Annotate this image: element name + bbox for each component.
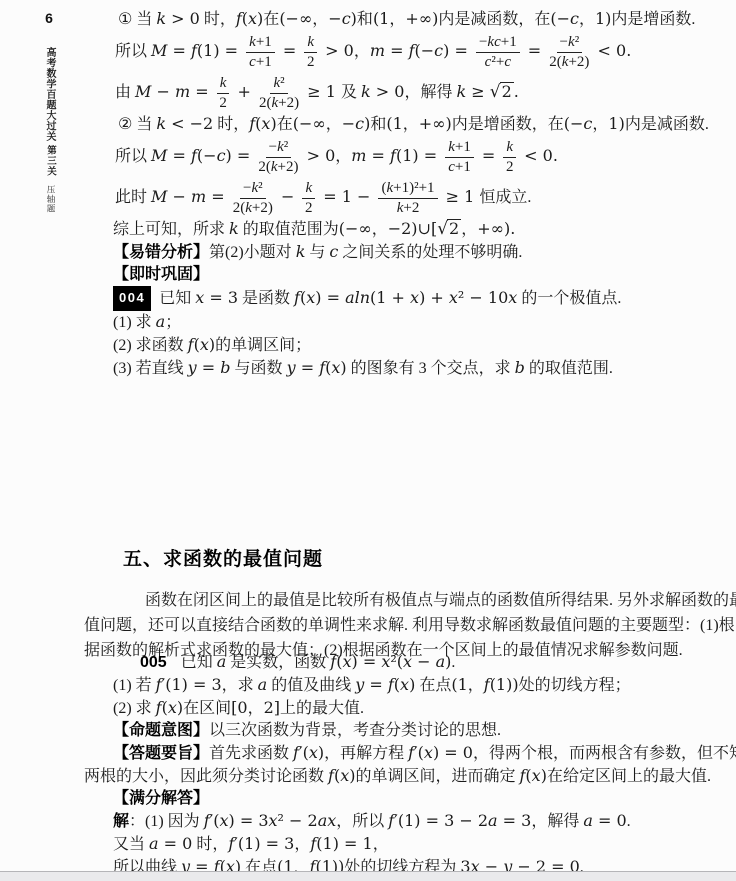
text-run: 及 [341,84,361,101]
math-expression: f(x) [519,766,546,785]
bold-label: 005 [140,654,167,671]
math-expression: f′(1) = 3 [156,675,222,694]
radicand: 2 [447,219,461,238]
text-run: ② 当 [118,116,156,133]
fraction: k²2(k+2) [259,75,299,113]
fraction-numerator: k² [270,75,287,94]
bold-label: 【命题意图】 [113,722,209,739]
math-expression: y = f(x) [355,675,415,694]
text-run: 上的最大值. [280,700,364,717]
fraction: k+1c+1 [445,139,474,177]
text-run: . [451,654,455,671]
math-expression: k [296,242,306,261]
math-expression: f′(x) = 3x² − 2ax [204,811,337,830]
math-expression: k [229,219,239,238]
math-expression: > 0 [320,41,354,60]
book-page-scan: 6 高考数学百题大过关 第三关 压轴题 ① 当 k > 0 时，f(x)在(−∞… [0,0,736,881]
text-line: 【答题要旨】首先求函数 f′(x)，再解方程 f′(x) = 0，得两个根，而两… [113,742,732,765]
math-expression: f(x) [188,335,215,354]
text-line: 又当 a = 0 时，f′(1) = 3，f(1) = 1， [113,833,732,856]
math-expression: = [278,41,302,60]
text-run: 函数在闭区间上的最值是比较所有极值点与端点的函数值所得结果. 另外求解函数的最 [145,592,736,609]
math-expression: f′(x) [293,743,324,762]
text-run: (1) 求 [113,314,156,331]
math-expression: a = 0 [583,811,626,830]
fraction: k+1c+1 [246,34,275,72]
fraction-denominator: c²+c [485,53,511,71]
fraction: k2 [503,139,516,177]
bold-label: 【答题要旨】 [113,745,209,762]
problem-005-block: 005已知 a 是实数，函数 f(x) = x²(x − a).(1) 若 f′… [84,651,732,879]
math-expression: [0，2] [231,698,280,717]
math-expression: x = 3 [195,288,238,307]
text-run: 所以 [115,148,151,165]
math-expression: f′(1) = 3 − 2a = 3 [388,811,531,830]
text-run: 由 [115,84,135,101]
text-line: 【命题意图】以三次函数为背景，考查分类讨论的思想. [113,720,732,742]
text-run: 以三次函数为背景，考查分类讨论的思想. [209,722,501,739]
math-expression: (1，+∞) [386,114,451,133]
fraction: k2 [217,75,230,113]
math-expression: b [515,358,525,377]
text-line: 【满分解答】 [113,788,732,810]
math-expression: . [514,82,519,101]
text-run: ， [294,836,310,853]
fraction-numerator: k+1 [246,34,275,53]
text-line: ② 当 k < −2 时，f(x)在(−∞，−c)和(1，+∞)内是增函数，在(… [118,113,709,136]
fraction-denominator: c+1 [448,158,471,176]
bold-label: 【易错分析】 [113,244,209,261]
text-line: 所以 M = f(1) = k+1c+1 = k2 > 0，m = f(−c) … [115,31,709,72]
math-expression: (1，+∞) [373,9,438,28]
math-expression: a [258,675,268,694]
text-run: 内是增函数. [611,11,695,28]
math-expression: a [217,652,227,671]
math-expression: m = f(−c) = [370,41,473,60]
math-expression: (−∞，−c) [293,114,371,133]
fraction-numerator: k [302,180,315,199]
book-title-vertical: 高考数学百题大过关 [41,47,57,142]
fraction-numerator: k [503,139,516,158]
sqrt-expression: √2 [437,218,461,240]
fraction-numerator: k [217,75,230,94]
text-run: 处的切线方程； [519,677,631,694]
text-run: 在 [263,11,279,28]
text-run: 两根的大小，因此须分类讨论函数 [84,768,328,785]
fraction-numerator: −kc+1 [476,34,520,53]
text-run: 内是减函数，在 [438,11,550,28]
text-line: 解：(1) 因为 f′(x) = 3x² − 2ax，所以 f′(1) = 3 … [113,810,732,833]
math-expression: f′(1) = 3 [228,834,294,853]
text-run: 在给定区间上的最大值. [547,768,711,785]
fraction-denominator: 2(k+2) [233,199,273,217]
fraction-denominator: 2 [305,199,313,217]
bold-label: 【满分解答】 [113,790,209,807]
math-expression: (1，f(1)) [451,675,518,694]
text-run: ， [354,43,370,60]
math-expression: M − m = [135,82,214,101]
text-run: 和 [370,116,386,133]
math-expression: (−∞，−2)∪[ [339,219,437,238]
math-expression: M = f(−c) = [151,146,255,165]
text-line: 由 M − m = k2 + k²2(k+2) ≥ 1 及 k > 0，解得 k… [115,72,709,113]
text-run: ，得两个根，而两根含有参数，但不知 [473,745,736,762]
text-run: 时， [213,116,249,133]
math-expression: f(x) [328,766,355,785]
text-run: 综上可知，所求 [113,221,229,238]
fraction-denominator: c+1 [249,53,272,71]
text-run: 的单调区间； [215,337,311,354]
text-run: 值问题，还可以直接结合函数的单调性来求解. 利用导数求解函数最值问题的主要题型：… [84,617,735,634]
text-run: 是函数 [238,290,294,307]
fraction-numerator: −k² [240,180,266,199]
math-expression: − [276,187,300,206]
text-run: . [627,813,631,830]
text-run: 与 [305,244,329,261]
fraction: k2 [302,180,315,218]
text-line: 综上可知，所求 k 的取值范围为(−∞，−2)∪[√2，+∞). [113,218,709,241]
math-expression: f(x) [236,9,263,28]
text-run: ① 当 [118,11,156,28]
text-run: 是实数，函数 [226,654,330,671]
text-run: 已知 [159,290,195,307]
text-line: 所以 M = f(−c) = −k²2(k+2) > 0，m = f(1) = … [115,136,709,177]
text-run: 和 [357,11,373,28]
math-expression: = 1 − [318,187,375,206]
text-line: 值问题，还可以直接结合函数的单调性来求解. 利用导数求解函数最值问题的主要题型：… [84,613,732,638]
math-expression: + [232,82,256,101]
fraction-numerator: −k² [557,34,583,53]
text-line: (1) 若 f′(1) = 3，求 a 的值及曲线 y = f(x) 在点(1，… [113,674,732,697]
text-run: 与函数 [231,360,287,377]
math-expression: y = f(x) [287,358,347,377]
section-heading-text: 五、求函数的最值问题 [123,549,323,570]
math-expression: y = b [188,358,231,377]
fraction-numerator: k+1 [445,139,474,158]
math-expression: f(x) [249,114,276,133]
math-expression: (−∞，−c) [279,9,357,28]
text-run: (1) 若 [113,677,156,694]
fraction: (k+1)²+1k+2 [378,180,437,218]
math-expression: f(1) = 1 [310,834,372,853]
math-expression: > 0 [302,146,336,165]
page-bottom-edge [0,871,736,881]
fraction-denominator: 2 [506,158,514,176]
math-expression: f(x) = aln(1 + x) + x² − 10x [294,288,517,307]
radicand: 2 [500,82,514,101]
fraction-denominator: 2(k+2) [549,53,589,71]
text-run: (3) 若直线 [113,360,188,377]
math-expression: m = f(1) = [351,146,442,165]
math-expression: f′(x) = 0 [408,743,473,762]
text-run: ， [373,836,389,853]
math-expression: ≥ 1 [441,187,480,206]
text-line: 005已知 a 是实数，函数 f(x) = x²(x − a). [140,651,732,674]
fraction: −k²2(k+2) [258,139,298,177]
text-line: (1) 求 a； [113,311,709,334]
text-run: (2) 求 [113,700,156,717]
text-run: 的一个极值点. [517,290,621,307]
fraction: −k²2(k+2) [233,180,273,218]
math-expression: < 0. [592,41,631,60]
section-heading: 五、求函数的最值问题 [123,544,323,571]
text-run: 内是减函数. [625,116,709,133]
text-run: ：(1) 因为 [129,813,204,830]
problem-number-badge: 004 [113,286,151,311]
text-line: (2) 求函数 f(x)的单调区间； [113,334,709,357]
text-run: ； [165,314,181,331]
math-expression: f(x) [156,698,183,717]
fraction: k2 [304,34,317,72]
text-run: ，再解方程 [324,745,408,762]
fraction-numerator: k [304,34,317,53]
text-line: (3) 若直线 y = b 与函数 y = f(x) 的图象有 3 个交点，求 … [113,357,709,380]
text-run: ，解得 [531,813,583,830]
text-run: 的单调区间，进而确定 [355,768,519,785]
fraction-denominator: 2(k+2) [258,158,298,176]
text-run: 在 [277,116,293,133]
math-expression: k > 0 [361,82,404,101]
text-run: 时， [192,836,228,853]
math-expression: M = f(1) = [151,41,243,60]
text-run: 首先求函数 [209,745,293,762]
text-run: (2) 求函数 [113,337,188,354]
text-line: 此时 M − m = −k²2(k+2) − k2 = 1 − (k+1)²+1… [115,177,709,218]
math-expression: k > 0 [156,9,199,28]
fraction-denominator: 2 [219,94,227,112]
math-expression: k ≥ [456,82,489,101]
text-run: ，所以 [336,813,388,830]
math-expression: = [523,41,547,60]
text-line: (2) 求 f(x)在区间[0，2]上的最大值. [113,697,732,720]
fraction-numerator: (k+1)²+1 [378,180,437,199]
math-expression: ≥ 1 [302,82,341,101]
text-line: ① 当 k > 0 时，f(x)在(−∞，−c)和(1，+∞)内是减函数，在(−… [118,8,709,31]
text-run: 之间关系的处理不够明确. [338,244,522,261]
text-run: 的取值范围. [525,360,613,377]
page-number: 6 [41,10,57,26]
solution-block-top: ① 当 k > 0 时，f(x)在(−∞，−c)和(1，+∞)内是减函数，在(−… [113,8,709,380]
text-run: 此时 [115,189,151,206]
text-run: 的图象有 3 个交点，求 [347,360,515,377]
math-expression: f(x) = x²(x − a) [330,652,451,671]
text-run: ， [335,148,351,165]
text-run: 时， [200,11,236,28]
math-expression: k < −2 [156,114,213,133]
text-run: 第(2)小题对 [209,244,296,261]
text-run: ，解得 [404,84,456,101]
sqrt-expression: √2 [490,72,514,112]
math-expression: (−c，1) [564,114,625,133]
text-run: 的值及曲线 [267,677,355,694]
fraction-numerator: −k² [266,139,292,158]
text-line: 【易错分析】第(2)小题对 k 与 c 之间关系的处理不够明确. [113,241,709,264]
text-line: 【即时巩固】 [113,264,709,286]
text-run: 内是增函数，在 [452,116,564,133]
math-expression: ，+∞). [461,219,515,238]
fraction-denominator: 2 [307,53,315,71]
fraction-denominator: 2(k+2) [259,94,299,112]
text-line: 函数在闭区间上的最值是比较所有极值点与端点的函数值所得结果. 另外求解函数的最 [145,588,732,613]
fraction-denominator: k+2 [397,199,420,217]
fraction: −k²2(k+2) [549,34,589,72]
text-line: 004已知 x = 3 是函数 f(x) = aln(1 + x) + x² −… [113,286,709,311]
text-run: 在点 [415,677,451,694]
text-run: 恒成立. [479,189,531,206]
fraction: −kc+1c²+c [476,34,520,72]
math-expression: M − m = [151,187,230,206]
math-expression: = [477,146,501,165]
text-run: 又当 [113,836,149,853]
text-run: 的取值范围为 [239,221,339,238]
text-run: 已知 [181,654,217,671]
text-run: ，求 [222,677,258,694]
math-expression: a [156,312,166,331]
text-line: 两根的大小，因此须分类讨论函数 f(x)的单调区间，进而确定 f(x)在给定区间… [84,765,732,788]
bold-label: 【即时巩固】 [113,266,209,283]
math-expression: a = 0 [149,834,192,853]
math-expression: < 0. [519,146,558,165]
section-label-vertical: 第三关 [41,145,57,177]
subsection-label-vertical: 压轴题 [41,185,57,214]
text-run: 所以 [115,43,151,60]
text-run: 在区间 [183,700,231,717]
bold-label: 解 [113,813,129,830]
math-expression: (−c，1) [550,9,611,28]
